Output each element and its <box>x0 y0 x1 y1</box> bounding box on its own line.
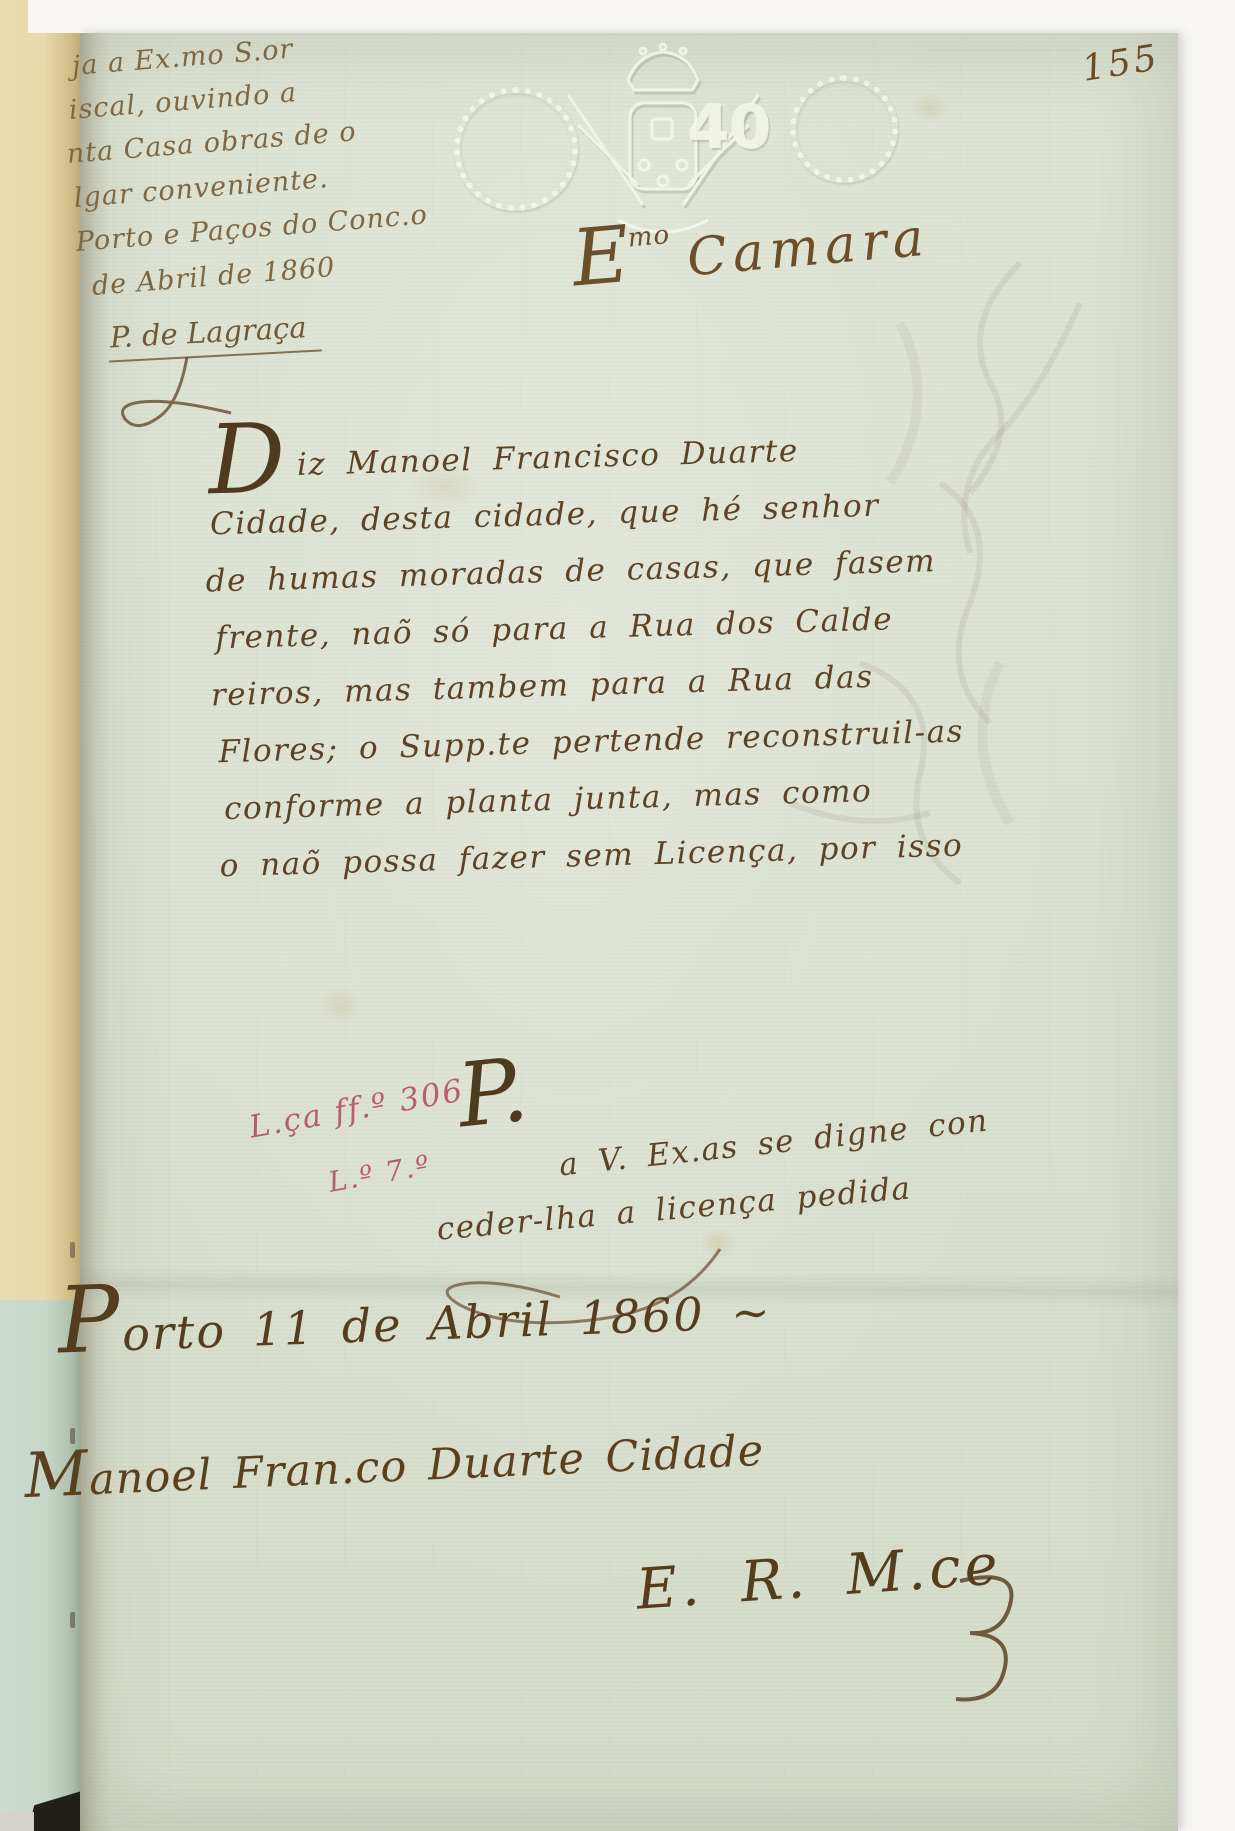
margin-note: ja a Ex.mo S.or iscal, ouvindo a nta Cas… <box>72 45 429 309</box>
heading-initial: E <box>569 210 634 305</box>
rosette-icon <box>454 87 578 211</box>
stain <box>318 985 364 1025</box>
binding-strip-cream <box>0 0 80 1310</box>
archive-scan: 155 40 <box>0 0 1235 1831</box>
closing-formula: E. R. M.ce <box>634 1532 1004 1622</box>
petitioner-signature: Manoel Fran.co Duarte Cidade <box>23 1407 766 1512</box>
rosette-icon <box>790 75 898 183</box>
binding-strip-sage <box>0 1300 80 1831</box>
folio-number: 155 <box>1079 37 1162 90</box>
stain <box>700 1228 736 1258</box>
binding-strip <box>0 0 80 1831</box>
heading: Emo Camara <box>569 194 931 299</box>
heading-text: Camara <box>685 208 932 289</box>
stamp-denomination: 40 <box>688 93 772 163</box>
manuscript-page: 155 40 <box>80 33 1178 1831</box>
petition-initial: P. <box>453 1038 533 1148</box>
stitch-mark <box>70 1612 75 1628</box>
petition-body: Diz Manoel Francisco Duarte Cidade, dest… <box>202 419 968 896</box>
archival-note-line: L.ça ff.º 306 <box>247 1072 467 1145</box>
stitch-mark <box>70 1242 75 1258</box>
backdrop <box>28 0 1235 33</box>
petition-line: ceder-lha a licença pedida <box>435 1170 913 1247</box>
petition-line: a V. Ex.as se digne con <box>557 1103 990 1184</box>
margin-note-signature: P. de Lagraça <box>107 309 322 362</box>
table-surface <box>0 1812 34 1831</box>
heading-superscript: mo <box>627 220 672 254</box>
archival-note-line: L.º 7.º <box>326 1148 434 1198</box>
